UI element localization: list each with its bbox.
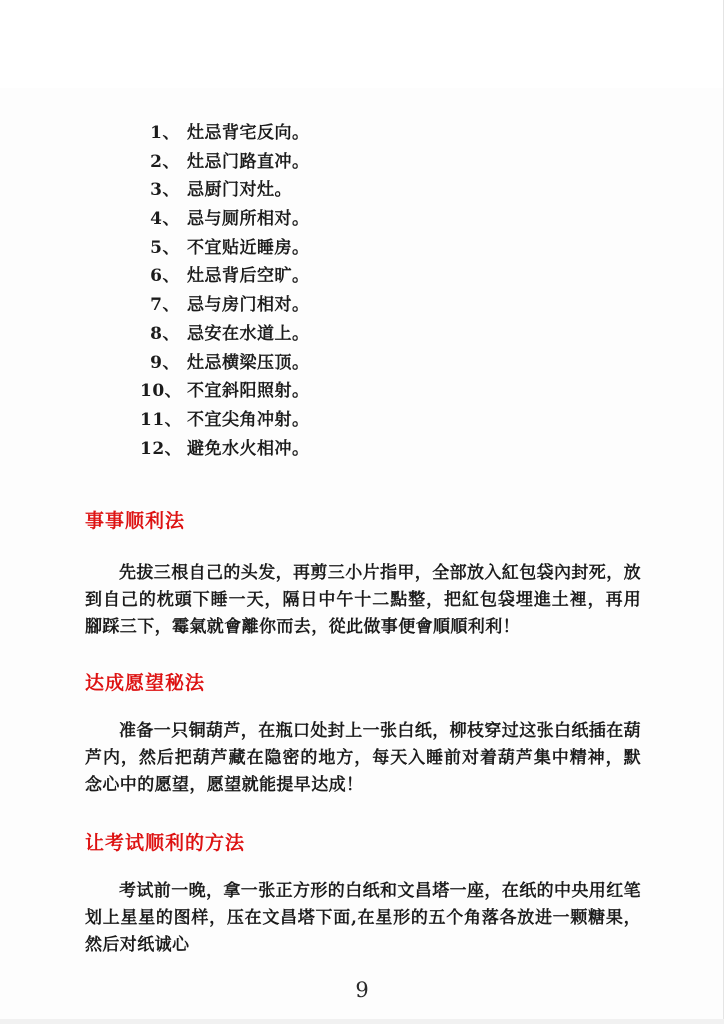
list-item-text: 忌与房门相对。 — [187, 290, 310, 315]
list-item-number: 7、 — [140, 290, 180, 315]
taboo-list: 1、 灶忌背宅反向。 2、 灶忌门路直冲。 3、 忌厨门对灶。 4、 忌与厕所相… — [140, 118, 310, 462]
list-item-number: 1、 — [140, 118, 180, 143]
list-item-text: 避免水火相冲。 — [187, 434, 310, 459]
list-item-text: 不宜贴近睡房。 — [187, 233, 310, 258]
list-item: 3、 忌厨门对灶。 — [140, 175, 310, 204]
list-item: 8、 忌安在水道上。 — [140, 319, 310, 348]
list-item: 11、 不宜尖角冲射。 — [140, 405, 310, 434]
list-item-text: 不宜斜阳照射。 — [187, 376, 310, 401]
list-item-text: 忌与厕所相对。 — [187, 204, 310, 229]
list-item-text: 忌安在水道上。 — [187, 319, 310, 344]
section-heading-everything-smooth: 事事顺利法 — [85, 506, 185, 533]
list-item-number: 10、 — [140, 376, 180, 401]
list-item: 10、 不宜斜阳照射。 — [140, 376, 310, 405]
list-item-number: 2、 — [140, 147, 180, 172]
list-item-number: 3、 — [140, 175, 180, 200]
list-item: 9、 灶忌横梁压顶。 — [140, 348, 310, 377]
list-item-text: 灶忌背宅反向。 — [187, 118, 310, 143]
list-item-text: 忌厨门对灶。 — [187, 175, 292, 200]
list-item-text: 灶忌门路直冲。 — [187, 147, 310, 172]
list-item: 6、 灶忌背后空旷。 — [140, 261, 310, 290]
list-item-number: 9、 — [140, 348, 180, 373]
list-item-text: 不宜尖角冲射。 — [187, 405, 310, 430]
list-item: 2、 灶忌门路直冲。 — [140, 147, 310, 176]
list-item-number: 8、 — [140, 319, 180, 344]
list-item-number: 12、 — [140, 434, 180, 459]
list-item: 4、 忌与厕所相对。 — [140, 204, 310, 233]
scan-band-bottom — [0, 1019, 724, 1024]
section-paragraph-everything-smooth: 先拔三根自己的头发，再剪三小片指甲，全部放入紅包袋內封死，放到自己的枕頭下睡一天… — [85, 560, 641, 641]
list-item: 12、 避免水火相冲。 — [140, 434, 310, 463]
list-item-text: 灶忌背后空旷。 — [187, 261, 310, 286]
list-item-number: 4、 — [140, 204, 180, 229]
list-item-text: 灶忌横梁压顶。 — [187, 348, 310, 373]
scan-band-top — [0, 0, 724, 88]
list-item-number: 5、 — [140, 233, 180, 258]
list-item: 1、 灶忌背宅反向。 — [140, 118, 310, 147]
document-page: 1、 灶忌背宅反向。 2、 灶忌门路直冲。 3、 忌厨门对灶。 4、 忌与厕所相… — [0, 0, 724, 1024]
section-heading-wish-fulfillment: 达成愿望秘法 — [85, 668, 205, 695]
page-number: 9 — [0, 978, 724, 1002]
list-item: 7、 忌与房门相对。 — [140, 290, 310, 319]
list-item-number: 11、 — [140, 405, 180, 430]
section-paragraph-exam-success: 考试前一晚，拿一张正方形的白纸和文昌塔一座，在纸的中央用红笔划上星星的图样，压在… — [85, 878, 641, 959]
list-item: 5、 不宜贴近睡房。 — [140, 233, 310, 262]
section-heading-exam-success: 让考试顺利的方法 — [85, 828, 245, 855]
list-item-number: 6、 — [140, 261, 180, 286]
section-paragraph-wish-fulfillment: 准备一只铜葫芦，在瓶口处封上一张白纸，柳枝穿过这张白纸插在葫芦内，然后把葫芦藏在… — [85, 718, 641, 799]
